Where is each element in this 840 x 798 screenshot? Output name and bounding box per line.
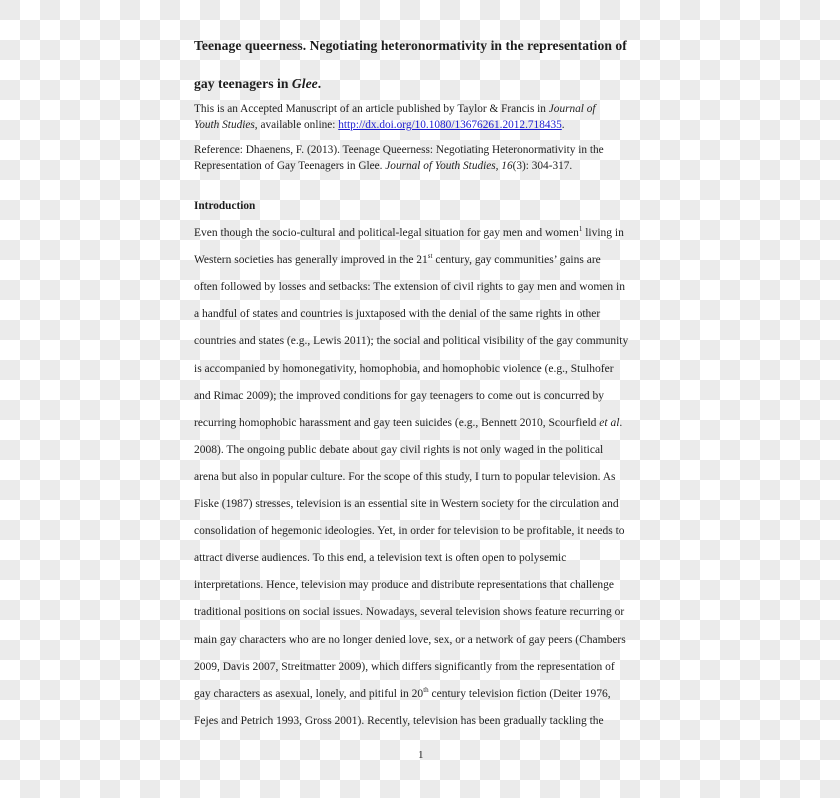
- body-line: countries and states (e.g., Lewis 2011);…: [194, 334, 628, 348]
- title-text: gay teenagers in: [194, 76, 292, 91]
- body-text: Western societies has generally improved…: [194, 254, 428, 266]
- journal-name: Journal of: [549, 103, 596, 115]
- manuscript-text: This is an Accepted Manuscript of an art…: [194, 103, 549, 115]
- body-text: living in: [582, 227, 624, 239]
- body-text: 2008). The ongoing public debate about g…: [194, 444, 603, 456]
- body-line: Fejes and Petrich 1993, Gross 2001). Rec…: [194, 714, 604, 728]
- document-title-line-2: gay teenagers in Glee.: [194, 77, 321, 91]
- section-heading-introduction: Introduction: [194, 199, 255, 213]
- title-text: Teenage queerness. Negotiating heteronor…: [194, 38, 627, 53]
- reference-line-2: Representation of Gay Teenagers in Glee.…: [194, 159, 572, 173]
- reference-text: Reference: Dhaenens, F. (2013). Teenage …: [194, 144, 604, 156]
- body-line: interpretations. Hence, television may p…: [194, 578, 614, 592]
- manuscript-note-line-1: This is an Accepted Manuscript of an art…: [194, 102, 596, 116]
- body-text: often followed by losses and setbacks: T…: [194, 281, 625, 293]
- reference-line-1: Reference: Dhaenens, F. (2013). Teenage …: [194, 143, 604, 157]
- body-text: recurring homophobic harassment and gay …: [194, 417, 599, 429]
- body-text: attract diverse audiences. To this end, …: [194, 552, 566, 564]
- body-line: consolidation of hegemonic ideologies. Y…: [194, 524, 625, 538]
- body-line: a handful of states and countries is jux…: [194, 307, 600, 321]
- body-text: Fejes and Petrich 1993, Gross 2001). Rec…: [194, 715, 604, 727]
- body-text: Fiske (1987) stresses, television is an …: [194, 498, 619, 510]
- body-text: interpretations. Hence, television may p…: [194, 579, 614, 591]
- manuscript-note-line-2: Youth Studies, available online: http://…: [194, 118, 565, 132]
- document-title-line-1: Teenage queerness. Negotiating heteronor…: [194, 39, 627, 53]
- reference-text: (3): 304-317.: [513, 160, 573, 172]
- body-text: traditional positions on social issues. …: [194, 606, 624, 618]
- body-line: main gay characters who are no longer de…: [194, 633, 626, 647]
- body-text: a handful of states and countries is jux…: [194, 308, 600, 320]
- body-line: traditional positions on social issues. …: [194, 605, 624, 619]
- reference-text: Representation of Gay Teenagers in Glee.: [194, 160, 385, 172]
- manuscript-text: , available online:: [255, 119, 338, 131]
- body-text: is accompanied by homonegativity, homoph…: [194, 363, 614, 375]
- body-line: gay characters as asexual, lonely, and p…: [194, 687, 611, 701]
- body-line: often followed by losses and setbacks: T…: [194, 280, 625, 294]
- title-text: .: [318, 76, 321, 91]
- body-line: Fiske (1987) stresses, television is an …: [194, 497, 619, 511]
- body-text: and Rimac 2009); the improved conditions…: [194, 390, 604, 402]
- body-line: attract diverse audiences. To this end, …: [194, 551, 566, 565]
- body-line: is accompanied by homonegativity, homoph…: [194, 362, 614, 376]
- manuscript-text: .: [562, 119, 565, 131]
- body-line: and Rimac 2009); the improved conditions…: [194, 389, 604, 403]
- body-line: Even though the socio-cultural and polit…: [194, 226, 624, 240]
- body-text: main gay characters who are no longer de…: [194, 634, 626, 646]
- journal-name: Youth Studies: [194, 119, 255, 131]
- reference-journal: Journal of Youth Studies, 16: [385, 160, 512, 172]
- body-line: recurring homophobic harassment and gay …: [194, 416, 622, 430]
- body-text: century television fiction (Deiter 1976,: [429, 688, 611, 700]
- body-line: Western societies has generally improved…: [194, 253, 601, 267]
- body-text: arena but also in popular culture. For t…: [194, 471, 615, 483]
- doi-link[interactable]: http://dx.doi.org/10.1080/13676261.2012.…: [338, 119, 562, 131]
- body-text: .: [619, 417, 622, 429]
- body-text: Even though the socio-cultural and polit…: [194, 227, 579, 239]
- body-text: consolidation of hegemonic ideologies. Y…: [194, 525, 625, 537]
- page-number: 1: [418, 748, 424, 762]
- body-text: gay characters as asexual, lonely, and p…: [194, 688, 423, 700]
- title-italic-show-name: Glee: [292, 76, 318, 91]
- italic-text: et al: [599, 417, 619, 429]
- body-line: 2009, Davis 2007, Streitmatter 2009), wh…: [194, 660, 615, 674]
- body-line: 2008). The ongoing public debate about g…: [194, 443, 603, 457]
- body-line: arena but also in popular culture. For t…: [194, 470, 615, 484]
- body-text: 2009, Davis 2007, Streitmatter 2009), wh…: [194, 661, 615, 673]
- body-text: countries and states (e.g., Lewis 2011);…: [194, 335, 628, 347]
- body-text: century, gay communities’ gains are: [432, 254, 600, 266]
